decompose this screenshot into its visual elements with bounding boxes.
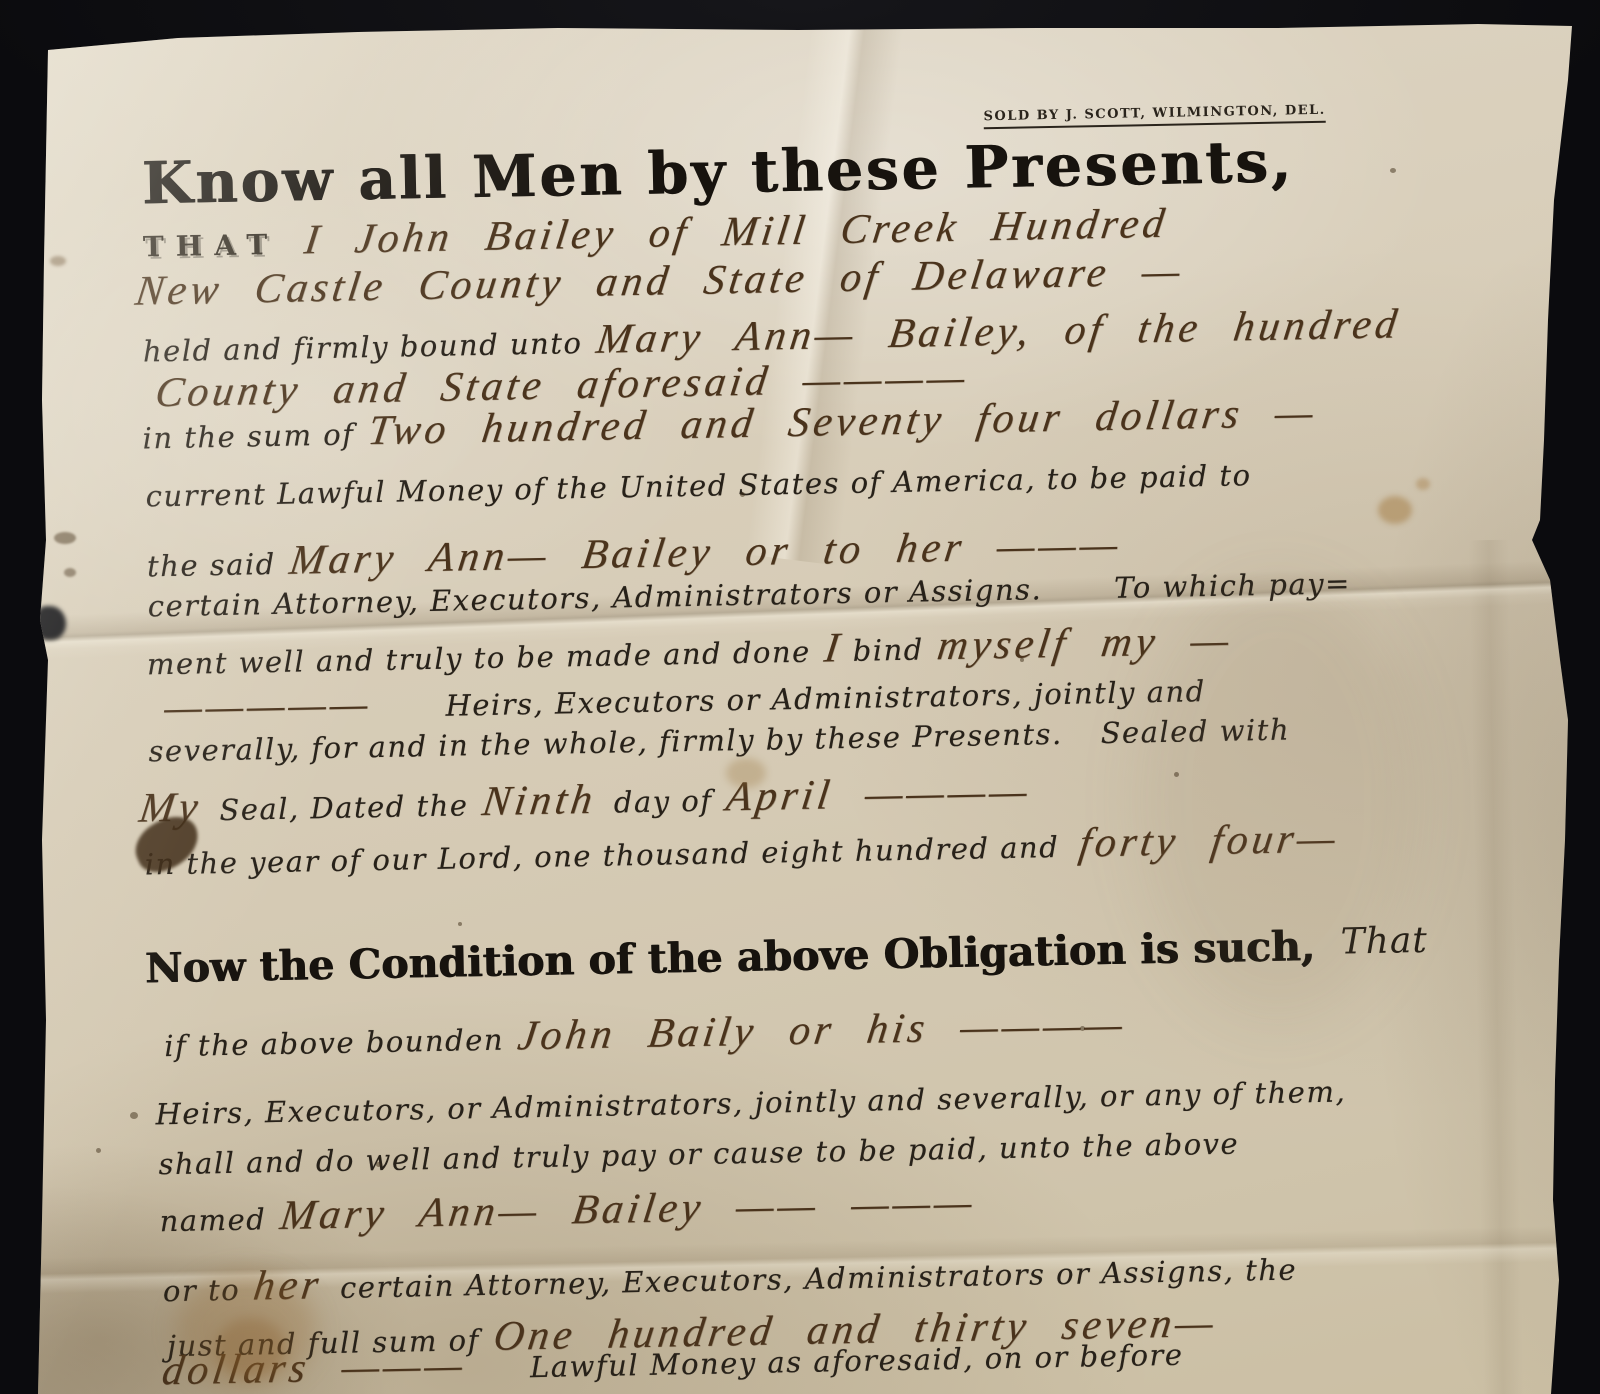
printed-form-text: bind: [852, 633, 924, 668]
blackletter-heading-text: Now the Condition of the above Obligatio…: [144, 922, 1315, 992]
handwritten-text: Ninth: [479, 776, 599, 826]
handwritten-text: her: [251, 1261, 326, 1310]
form-line: current Lawful Money of the United State…: [145, 458, 1265, 513]
printed-form-text: in the year of our Lord, one thousand ei…: [144, 830, 1059, 882]
handwritten-text: April ————: [723, 767, 1034, 821]
handwritten-text: myself my —: [934, 617, 1235, 671]
printed-form-text: in the sum of: [142, 417, 354, 455]
printed-form-text: named: [159, 1202, 266, 1238]
printed-form-text: if the above bounden: [164, 1023, 504, 1064]
printed-form-text: To which pay=: [1114, 566, 1351, 605]
form-line: shall and do well and truly pay or cause…: [158, 1126, 1253, 1181]
handwritten-text: —————: [161, 680, 374, 732]
document-content: SOLD BY J. SCOTT, WILMINGTON, DEL. Know …: [25, 0, 1589, 1394]
printed-form-text: Lawful Money as aforesaid, on or before: [530, 1338, 1184, 1385]
printed-form-text: Seal, Dated the: [219, 788, 469, 827]
document-paper: SOLD BY J. SCOTT, WILMINGTON, DEL. Know …: [38, 20, 1576, 1394]
form-line: if the above boundenJohn Baily or his ——…: [164, 1000, 1145, 1067]
photo-background: SOLD BY J. SCOTT, WILMINGTON, DEL. Know …: [0, 0, 1600, 1394]
printed-form-text: current Lawful Money of the United State…: [145, 458, 1251, 513]
printed-form-text: certain Attorney, Executors, Administrat…: [340, 1252, 1298, 1304]
printed-form-text: the said: [147, 547, 276, 583]
printer-imprint: SOLD BY J. SCOTT, WILMINGTON, DEL.: [983, 103, 1326, 130]
condition-heading: Now the Condition of the above Obligatio…: [144, 920, 1442, 993]
printed-form-text-large: That: [1340, 920, 1428, 963]
handwritten-text: dollars ———: [159, 1341, 469, 1394]
handwritten-text: My: [136, 783, 204, 832]
handwritten-text: Mary Ann— Bailey, of the hundred: [593, 300, 1403, 364]
printed-form-text: Sealed with: [1100, 713, 1290, 751]
printed-form-text: Heirs, Executors, or Administrators, joi…: [155, 1074, 1346, 1131]
form-line: Heirs, Executors, or Administrators, joi…: [155, 1074, 1360, 1131]
handwritten-text: Mary Ann— Bailey —— ———: [277, 1179, 979, 1240]
handwritten-text: forty four—: [1076, 815, 1342, 868]
printed-form-text: day of: [614, 784, 713, 820]
handwritten-text: I: [821, 624, 846, 672]
form-line: namedMary Ann— Bailey —— ———: [159, 1178, 994, 1242]
printed-form-text: or to: [163, 1273, 241, 1308]
handwritten-text: John Baily or his ————: [515, 1001, 1130, 1061]
that-word: THAT: [143, 228, 280, 264]
printed-form-text: shall and do well and truly pay or cause…: [158, 1127, 1239, 1182]
